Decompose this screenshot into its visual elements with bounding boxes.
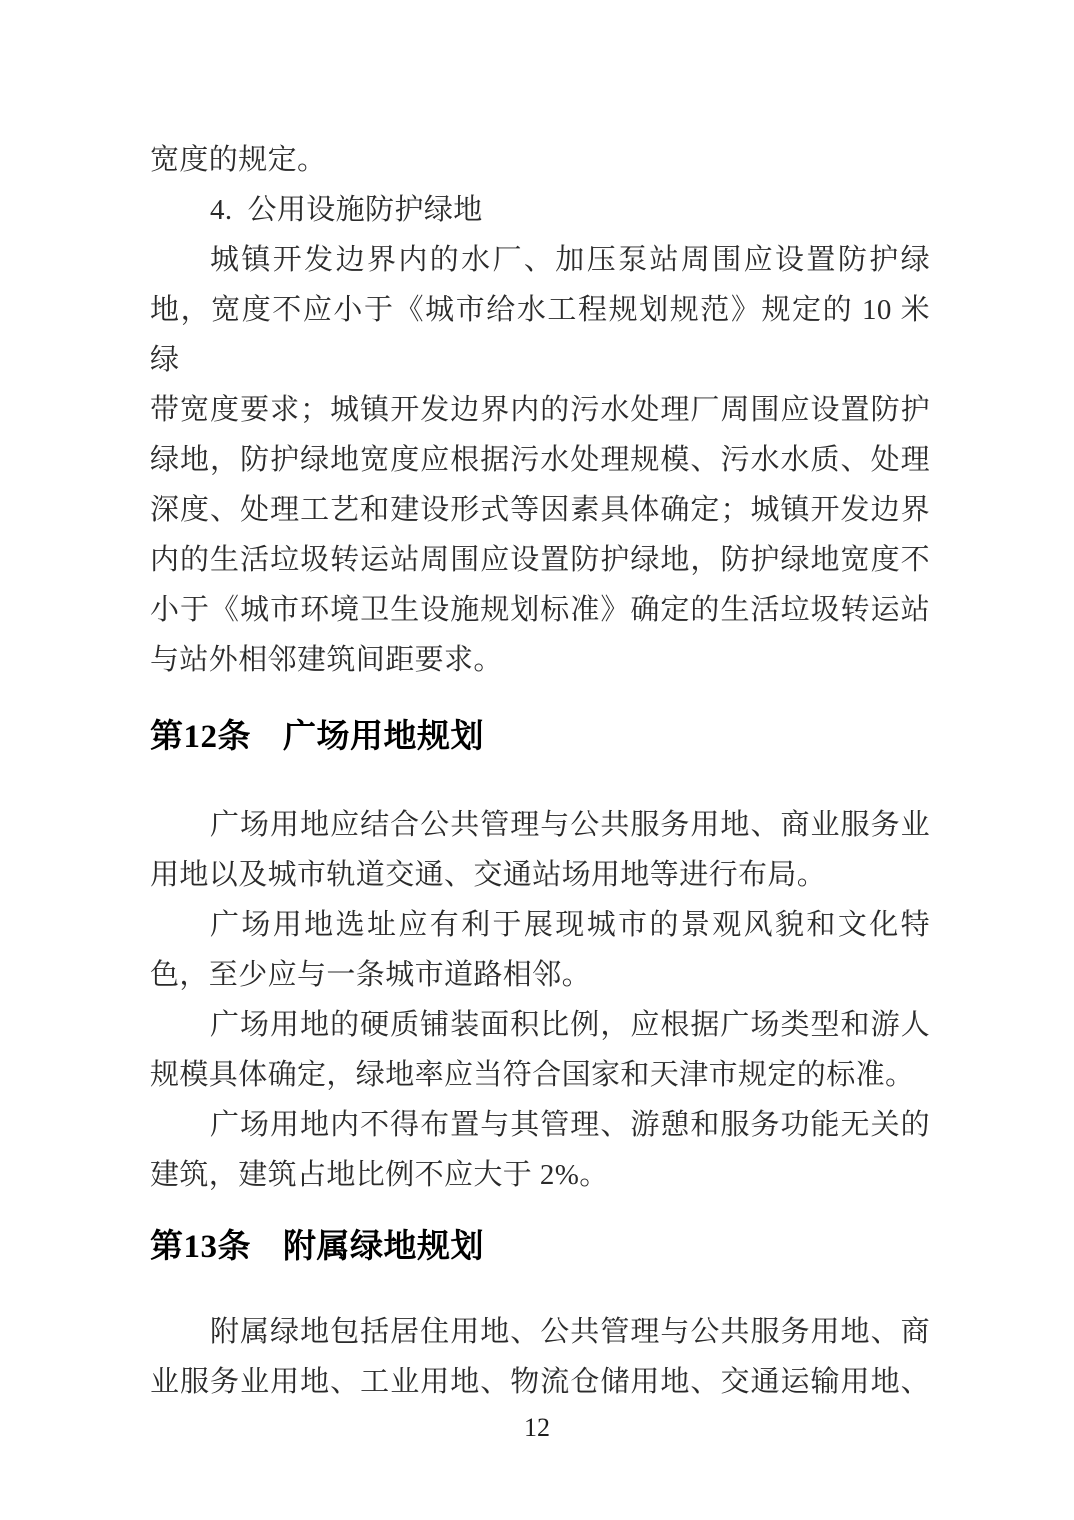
article-number: 第13条 [150, 1229, 251, 1265]
body-text-line: 广场用地选址应有利于展现城市的景观风貌和文化特 [150, 900, 930, 950]
page-number: 12 [0, 1412, 1074, 1444]
article-title: 广场用地规划 [283, 719, 484, 755]
body-text-line: 广场用地的硬质铺装面积比例，应根据广场类型和游人 [150, 1000, 930, 1050]
body-text-line: 城镇开发边界内的水厂、加压泵站周围应设置防护绿 [150, 235, 930, 285]
body-text-line: 与站外相邻建筑间距要求。 [150, 635, 930, 685]
article-13-heading: 第13条附属绿地规划 [150, 1225, 930, 1269]
document-body: 宽度的规定。 4. 公用设施防护绿地 城镇开发边界内的水厂、加压泵站周围应设置防… [150, 135, 930, 1407]
body-text-line: 带宽度要求；城镇开发边界内的污水处理厂周围应设置防护 [150, 385, 930, 435]
body-text-line: 用地以及城市轨道交通、交通站场用地等进行布局。 [150, 850, 930, 900]
body-text-line: 绿地，防护绿地宽度应根据污水处理规模、污水水质、处理 [150, 435, 930, 485]
body-text-line: 建筑，建筑占地比例不应大于 2%。 [150, 1150, 930, 1200]
body-text-line: 色，至少应与一条城市道路相邻。 [150, 950, 930, 1000]
body-text-line: 深度、处理工艺和建设形式等因素具体确定；城镇开发边界 [150, 485, 930, 535]
body-text-line: 小于《城市环境卫生设施规划标准》确定的生活垃圾转运站 [150, 585, 930, 635]
body-text-line: 附属绿地包括居住用地、公共管理与公共服务用地、商 [150, 1307, 930, 1357]
body-text-line: 广场用地内不得布置与其管理、游憩和服务功能无关的 [150, 1100, 930, 1150]
article-12-heading: 第12条广场用地规划 [150, 715, 930, 759]
body-text-line: 宽度的规定。 [150, 135, 930, 185]
article-number: 第12条 [150, 719, 251, 755]
body-text-line: 内的生活垃圾转运站周围应设置防护绿地，防护绿地宽度不 [150, 535, 930, 585]
document-page: 宽度的规定。 4. 公用设施防护绿地 城镇开发边界内的水厂、加压泵站周围应设置防… [0, 0, 1074, 1520]
list-item-4: 4. 公用设施防护绿地 [150, 185, 930, 235]
body-text-line: 业服务业用地、工业用地、物流仓储用地、交通运输用地、 [150, 1357, 930, 1407]
body-text-line: 地，宽度不应小于《城市给水工程规划规范》规定的 10 米绿 [150, 285, 930, 385]
article-title: 附属绿地规划 [283, 1229, 484, 1265]
body-text-line: 规模具体确定，绿地率应当符合国家和天津市规定的标准。 [150, 1050, 930, 1100]
body-text-line: 广场用地应结合公共管理与公共服务用地、商业服务业 [150, 800, 930, 850]
